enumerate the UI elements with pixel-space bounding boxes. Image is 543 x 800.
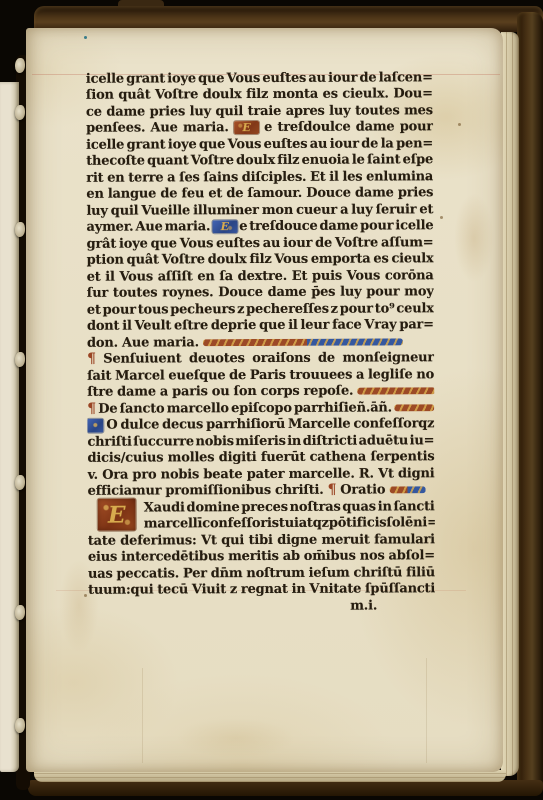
paragraph-mark: ¶	[87, 402, 96, 415]
word: Oratio	[340, 483, 385, 498]
word: ſeruir	[376, 202, 417, 217]
word: de	[315, 235, 332, 250]
word: a	[356, 367, 364, 382]
word: doulx	[236, 153, 275, 168]
text-line: don.Auemaria.	[87, 333, 434, 351]
text-line: uaspeccatis.Perdn̄mnoſtrumieſumchriſtūfi…	[88, 564, 435, 582]
word: que	[151, 236, 177, 251]
word: monta	[273, 87, 318, 102]
word: noſtras	[290, 499, 341, 514]
word: parrhiſieñ.āñ.	[294, 400, 392, 415]
paragraph-mark: ¶	[87, 353, 96, 366]
page-crease	[142, 668, 143, 763]
word: in	[378, 499, 392, 514]
word: aduētu	[359, 433, 409, 448]
word: pōtificis	[329, 516, 387, 531]
word: digne	[277, 533, 317, 548]
word: il	[329, 169, 339, 184]
word: que	[199, 137, 225, 152]
word: preces	[241, 500, 288, 515]
word: tuum:qui	[88, 583, 153, 598]
word: les	[342, 169, 362, 184]
word: Douce	[306, 186, 351, 201]
word: dulce	[120, 418, 159, 433]
word: puis	[312, 268, 342, 283]
word: dextre.	[238, 269, 287, 284]
word: moy	[404, 284, 433, 299]
text-line: eiusintercedētibusmeritisabom̄ibusnosabſ…	[88, 548, 435, 566]
sewing-thread	[15, 105, 25, 120]
word: p̄es	[311, 285, 335, 300]
word: quil	[215, 104, 243, 119]
word: et	[419, 202, 433, 217]
word: ſaint	[367, 153, 400, 168]
word: de	[226, 186, 243, 201]
word: nobis	[161, 467, 200, 482]
word: Vous	[347, 268, 381, 283]
word: repoſe.	[303, 384, 353, 399]
word: ioye	[167, 71, 196, 86]
word: diſtricti	[303, 433, 358, 448]
word: ſuccurre	[133, 434, 194, 449]
word: mon	[262, 203, 293, 218]
text-line: penſees.Auemaria.Eetreſdoulcedamepour	[86, 119, 433, 137]
pigment-speck	[84, 36, 87, 39]
word: v.	[88, 467, 98, 482]
word: ſerpentis	[370, 449, 434, 464]
word: quât	[127, 253, 159, 268]
word: que	[259, 318, 285, 333]
word: meritis	[228, 549, 279, 564]
word: atqz	[299, 516, 329, 531]
decorated-initial-blue	[87, 418, 103, 432]
word: il	[288, 318, 298, 333]
word: pries	[150, 104, 186, 119]
word: doulx	[208, 252, 247, 267]
word: dame	[268, 285, 307, 300]
word: tous	[138, 302, 169, 317]
word: feu	[181, 186, 204, 201]
word: no	[416, 367, 434, 382]
word: legliſe	[368, 367, 413, 382]
word: ſains	[203, 170, 238, 185]
word: abſol=	[388, 548, 434, 563]
word: emporta	[311, 252, 371, 267]
text-line: ritenterreaſesſainsdiſciples.Etillesenlu…	[86, 168, 433, 186]
word: pen=	[396, 136, 433, 151]
word: ioye	[168, 137, 197, 152]
manuscript-photo: E icellegrantioyequeVouseuſtesauiourdela…	[0, 0, 543, 800]
text-line: etpourtouspecheurszpechereſſeszpourto⁹ce…	[87, 300, 434, 318]
line-filler-red-blue	[203, 338, 403, 346]
page-crease	[426, 658, 427, 763]
word: il	[105, 269, 115, 284]
word: rit	[86, 170, 103, 185]
age-stain	[454, 193, 494, 283]
word: molles	[168, 450, 215, 465]
word: toutes	[113, 286, 158, 301]
word: Voſtre	[162, 252, 205, 267]
decorated-initial-red: E	[234, 121, 259, 134]
word: Voſtre	[155, 88, 198, 103]
word: roynes.	[162, 285, 213, 300]
text-line: enlanguedefeuetdeſamour.Doucedamepries	[86, 185, 433, 203]
word: icelle	[86, 137, 124, 152]
page: E icellegrantioyequeVouseuſtesauiourdela…	[26, 28, 503, 772]
word: es	[373, 252, 388, 267]
text-line: cedamepriesluyquiltraieapresluytoutesmes	[86, 102, 433, 120]
text-line: ¶Deſanctomarcelloepiſcopoparrhiſieñ.āñ.	[87, 399, 434, 417]
word: il	[122, 319, 132, 334]
text-line: OdulcedecusparrhiſiorūMarcelleconfeſſorq…	[87, 416, 434, 434]
word: pecheurs	[170, 302, 235, 317]
word: meruit	[322, 532, 370, 547]
word: face	[332, 318, 361, 333]
word: de	[160, 187, 177, 202]
word: e	[239, 219, 247, 234]
sewing-thread	[15, 605, 25, 620]
word: iour	[330, 136, 359, 151]
ink-speck	[458, 123, 461, 126]
text-line: aymer.Auemaria.Eetreſdoucedamepouricelle	[86, 218, 433, 236]
word: nobis	[195, 434, 234, 449]
text-line: ¶Senſuiuentdeuotesoraiſonsdemonſeigneur	[87, 350, 434, 368]
word: de	[318, 351, 335, 366]
word: icelle	[86, 71, 124, 86]
word: quât	[118, 88, 150, 103]
word: la	[381, 136, 394, 151]
word: ſamour.	[247, 186, 302, 201]
word: promiſſionibus	[165, 483, 271, 498]
word: don.	[87, 335, 118, 350]
word: marcelle.	[289, 466, 355, 481]
word: terre	[128, 170, 163, 185]
word: deferimus:	[120, 533, 196, 548]
word: corps	[261, 384, 300, 399]
word: e	[264, 120, 272, 135]
initial-letter: E	[108, 501, 126, 528]
sewing-thread	[15, 222, 25, 237]
word: confeſſorqz	[353, 416, 434, 431]
word: en	[107, 170, 124, 185]
word: ſolēni=	[386, 515, 434, 530]
word: ou	[212, 384, 230, 399]
age-stain	[176, 718, 296, 758]
word: oraiſons	[252, 351, 310, 366]
word: digni	[398, 466, 435, 481]
word: Vray	[364, 318, 396, 333]
word: euſtes	[262, 71, 306, 86]
word: cieulx	[391, 251, 433, 266]
word: ab	[283, 549, 300, 564]
word: monſeigneur	[342, 350, 434, 365]
word: efficiamur	[88, 484, 162, 499]
word: Marcelle	[288, 417, 350, 432]
text-line: grâtioyequeVouseuſtesauiourdeVoſtreaſſum…	[87, 234, 434, 252]
text-line: efficiamurpromiſſionibuschriſti.¶Oratio	[88, 482, 435, 500]
word: eius	[88, 550, 117, 565]
word: pour	[103, 302, 136, 317]
word: pro	[132, 467, 156, 482]
word: au	[263, 236, 281, 251]
word: enlumina	[366, 169, 433, 184]
word: ce	[86, 104, 102, 119]
word: Vous	[119, 269, 153, 284]
word: nos	[360, 549, 385, 564]
text-line: marcellīconfeſſoristuiatqzpōtificisſolēn…	[88, 515, 435, 533]
word: aſſiſt	[158, 269, 193, 284]
text-line: icellegrantioyequeVouseuſtesauiourdelaſc…	[86, 69, 433, 87]
word: m.i.	[350, 598, 377, 613]
word: filiū	[406, 565, 435, 580]
word: traie	[248, 104, 282, 119]
word: famulari	[374, 532, 435, 547]
word: iour	[283, 236, 312, 251]
text-line: luyquilVueilleilluminermoncueuraluyſerui…	[86, 201, 433, 219]
word: deuotes	[189, 351, 245, 366]
word: quil	[111, 203, 139, 218]
word: quant	[147, 154, 188, 169]
word: Aue	[150, 121, 177, 136]
word: trouuees	[289, 367, 352, 382]
word: iour	[328, 70, 357, 85]
word: quas	[342, 499, 376, 514]
word: langue	[108, 187, 157, 202]
word: O	[106, 418, 117, 433]
word: treſdoulce	[277, 120, 350, 135]
ink-speck	[84, 594, 87, 597]
word: domine	[187, 500, 240, 515]
word: tibi	[249, 533, 273, 548]
word: in	[292, 582, 306, 597]
word: cieulx.	[342, 87, 388, 102]
word: dicis/cuius	[87, 451, 163, 466]
word: iu=	[410, 433, 435, 448]
word: ioye	[119, 236, 148, 251]
page-stack-edge-right	[501, 32, 519, 776]
text-line: chriſtiſuccurrenobismiſerisindiſtrictiad…	[87, 432, 434, 450]
word: Dou=	[393, 86, 433, 101]
text-block: E icellegrantioyequeVouseuſtesauiourdela…	[86, 69, 435, 615]
word: Vt	[378, 466, 394, 481]
text-line: ſionquâtVoſtredoulxfilzmontaescieulx.Dou…	[86, 86, 433, 104]
word: luy	[340, 285, 361, 300]
word: epiſcopo	[231, 401, 292, 416]
word: regnat	[241, 582, 288, 597]
text-line: tatedeferimus:Vtquitibidignemeruitfamula…	[88, 531, 435, 549]
word: intercedētibus	[121, 549, 224, 564]
sewing-thread	[15, 475, 25, 490]
word: Senſuiuent	[103, 352, 181, 367]
word: qui	[221, 533, 244, 548]
word: miſeris	[235, 434, 285, 449]
word: Viuit	[192, 582, 226, 597]
word: diſciples.	[242, 170, 307, 185]
word: Voſtre	[335, 235, 378, 250]
word: Aue	[135, 220, 162, 235]
line-filler-small	[389, 487, 425, 494]
word: a	[340, 202, 348, 217]
decorated-initial-exaudi: E	[98, 499, 136, 531]
word: le	[352, 153, 365, 168]
word: dame	[106, 104, 145, 119]
word: grant	[126, 71, 165, 86]
word: et	[87, 269, 101, 284]
word: Douce	[218, 285, 263, 300]
word: marcello	[167, 401, 229, 416]
word: aymer.	[86, 220, 133, 235]
line-filler-red	[394, 404, 434, 411]
word: et	[87, 302, 101, 317]
word: noſtrum	[246, 566, 304, 581]
word: paris	[172, 384, 208, 399]
word: filz	[249, 252, 271, 267]
word: Aue	[122, 335, 149, 350]
word: decus	[162, 418, 203, 433]
sewing-thread	[15, 718, 25, 733]
word: a	[160, 385, 168, 400]
word: tui	[279, 516, 299, 531]
facing-page-edge	[0, 82, 19, 772]
word: toutes	[355, 103, 400, 118]
text-line: dicis/cuiusmollesdigitifuerūtcathenaſerp…	[87, 449, 434, 467]
word: maria.	[183, 120, 229, 135]
binding-leather-right	[517, 12, 543, 794]
word: dame	[319, 219, 358, 234]
word: ſpūſſancti	[365, 581, 435, 596]
sewing-thread	[15, 352, 25, 367]
word: pour	[366, 285, 399, 300]
word: Vous	[227, 71, 261, 86]
word: ſon	[233, 384, 256, 399]
word: enuoia	[302, 153, 350, 168]
word: Et	[310, 169, 326, 184]
word: dn̄m	[211, 566, 243, 581]
word: pour	[340, 301, 373, 316]
binding-leather-bottom	[28, 780, 543, 796]
word: ſa	[219, 269, 233, 284]
word: De	[98, 401, 117, 416]
word: chriſti.	[275, 483, 324, 498]
word: Vnitate	[309, 582, 361, 597]
text-line: m.i.	[88, 597, 435, 615]
word: z	[237, 302, 244, 317]
decorated-initial-blue: E	[212, 220, 237, 233]
text-line: ſtredameaparisouſoncorpsrepoſe.	[87, 383, 434, 401]
word: ſtre	[87, 385, 113, 400]
word: R.	[359, 466, 374, 481]
word: Ora	[102, 467, 128, 482]
word: de	[359, 70, 376, 85]
word: apres	[286, 103, 325, 118]
word: pour	[360, 219, 393, 234]
word: luy	[190, 104, 211, 119]
word: luy	[86, 203, 107, 218]
word: to⁹	[375, 301, 395, 316]
text-line: ſurtoutesroynes.Doucedamep̄esluypourmoy	[87, 284, 434, 302]
word: uas	[88, 566, 113, 581]
word: eſtre	[174, 318, 208, 333]
word: Vous	[180, 236, 214, 251]
word: ſancti	[393, 499, 434, 514]
word: Et	[292, 269, 308, 284]
word: dame	[355, 186, 394, 201]
word: que	[198, 71, 224, 86]
word: parrhiſiorū	[206, 417, 285, 432]
word: luy	[351, 202, 372, 217]
word: fuerūt	[261, 450, 305, 465]
word: filz	[277, 153, 299, 168]
word: confeſſoris	[202, 516, 279, 531]
word: au	[308, 70, 326, 85]
word: a	[167, 170, 175, 185]
sewing-thread	[15, 58, 25, 73]
word: dame	[117, 385, 156, 400]
word: ieſum	[309, 565, 350, 580]
word: de	[361, 136, 378, 151]
word: en	[86, 187, 103, 202]
text-line: tuum:quitecūViuitzregnatinVnitateſpūſſan…	[88, 581, 435, 599]
word: Veult	[135, 319, 172, 334]
text-line: ſaitMarceleueſquedeParistrouueesalegliſe…	[87, 366, 434, 384]
word: marcellī	[144, 517, 203, 532]
word: Xaudi	[144, 500, 185, 515]
word: Vous	[228, 137, 262, 152]
word: ſion	[86, 88, 114, 103]
word: leur	[301, 318, 330, 333]
word: deprie	[211, 318, 256, 333]
word: ſes	[179, 170, 200, 185]
ink-speck	[440, 216, 443, 219]
word: ſur	[87, 286, 108, 301]
word: om̄ibus	[304, 549, 356, 564]
word: Vt	[201, 533, 217, 548]
word: grant	[127, 137, 166, 152]
word: es	[323, 87, 338, 102]
word: tate	[88, 533, 116, 548]
word: euſtes	[264, 137, 308, 152]
word: Per	[183, 566, 207, 581]
text-line: icellegrantioyequeVouseuſtesauiourdelape…	[86, 135, 433, 153]
word: ceulx	[396, 301, 433, 316]
word: mes	[404, 103, 433, 118]
word: beate	[203, 467, 242, 482]
word: in	[287, 434, 301, 449]
word: Marcel	[115, 368, 165, 383]
word: cueur	[296, 202, 337, 217]
word: illuminer	[193, 203, 259, 218]
paragraph-mark: ¶	[328, 484, 337, 497]
word: treſdouce	[249, 219, 317, 234]
word: pater	[247, 467, 285, 482]
text-line: Xaudidomineprecesnoſtrasquasinſancti	[88, 498, 435, 516]
word: tecū	[157, 583, 188, 598]
word: ption	[87, 253, 124, 268]
word: z	[331, 301, 338, 316]
word: thecoſte	[86, 154, 145, 169]
word: euſtes	[216, 236, 260, 251]
word: grât	[87, 236, 117, 251]
word: eſpe	[403, 152, 434, 167]
word: laſcen=	[379, 70, 433, 85]
word: maria.	[153, 335, 199, 350]
text-line: etilVousaſſiſtenſadextre.EtpuisVouscorōn…	[87, 267, 434, 285]
word: z	[230, 582, 237, 597]
word: en	[197, 269, 214, 284]
line-filler-red	[357, 387, 434, 394]
word: par=	[399, 317, 434, 332]
word: Paris	[250, 368, 286, 383]
